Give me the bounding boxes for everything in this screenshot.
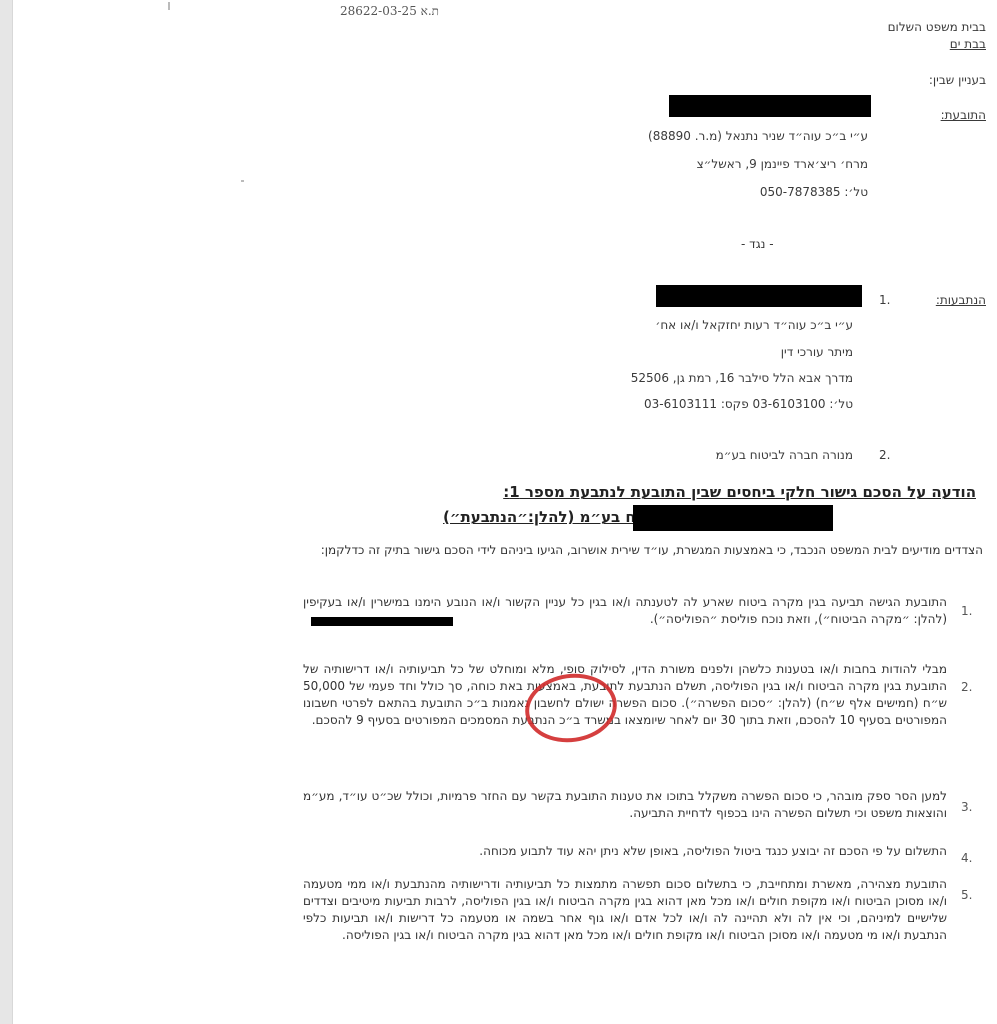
document-page: 28622-03-25 ת.א בבית משפט השלום בבת ים ב… [12,0,997,1024]
defendant-2-name: מנורה חברה לביטוח בע״מ [716,448,853,462]
court-location: בבת ים [950,37,986,51]
case-number: 28622-03-25 ת.א [340,4,439,19]
notice-title-line1: הודעה על הסכם גישור חלקי ביחסים שבין התו… [503,483,976,501]
clause-3-text: למען הסר ספק מובהר, כי סכום הפשרה משקלל … [303,788,947,822]
clause-2-text: מבלי להודות בחבות ו/או בטענות כלשהן ולפנ… [303,661,947,729]
notice-title-line2: ביטוח בע״מ (להלן:״הנתבעת״) [443,508,665,526]
clause-5-number: 5. [961,888,972,902]
clause-4-text: התשלום על פי הסכם זה יבוצע כנגד ביטול הפ… [303,843,947,860]
versus-label: - נגד - [741,237,774,251]
plaintiff-attorney: ע״י ב״כ עוה״ד שניר נתנאל (מ.ר. 88890) [648,129,868,143]
defendant-1-address: מדרך אבא הלל סילבר 16, רמת גן, 52506 [631,371,853,385]
clause-3-number: 3. [961,800,972,814]
defendant-2-number: 2. [879,448,890,462]
redacted-plaintiff-name [669,95,871,117]
court-name: בבית משפט השלום [888,20,986,34]
redacted-title-name [633,505,833,531]
defendants-label: הנתבעות: [936,293,986,307]
defendant-1-firm: מיתר עורכי דין [781,345,853,359]
in-matter-label: בעניין שבין: [929,73,986,87]
defendant-1-attorney: ע״י ב״כ עוה״ד רעות יחזקאל ו/או אח׳ [655,318,853,332]
redacted-defendant-name [656,285,862,307]
intro-paragraph: הצדדים מודיעים לבית המשפט הנכבד, כי באמצ… [303,542,983,559]
plaintiff-phone: טל׳: 050-7878385 [760,185,868,199]
redacted-policy-number [311,617,453,626]
plaintiff-address: מרח׳ ריצ׳ארד פיינמן 9, ראשל״צ [697,157,868,171]
defendant-1-number: 1. [879,293,890,307]
scan-speck [168,2,170,10]
clause-4-number: 4. [961,851,972,865]
clause-1-number: 1. [961,604,972,618]
clause-2-number: 2. [961,680,972,694]
defendant-1-phone: טל׳: 03-6103100 פקס: 03-6103111 [644,397,853,411]
scan-speck [241,180,244,182]
clause-5-text: התובעת מצהירה, מאשרת ומתחייבת, כי בתשלום… [303,876,947,944]
plaintiff-label: התובעת: [941,108,986,122]
